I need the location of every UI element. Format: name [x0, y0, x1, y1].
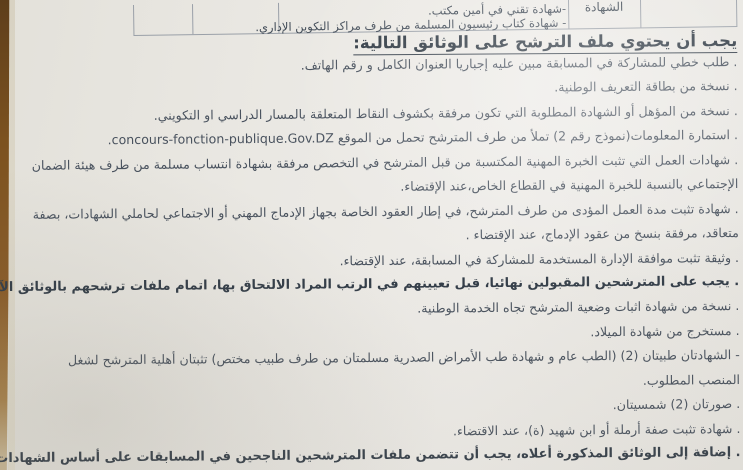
document-sheet: -شهادة تقني في أمين مكتب. - شهادة كتاب ر…	[0, 0, 743, 470]
document-subheading: . إضافة إلى الوثائق المذكورة أعلاه، يجب …	[18, 441, 741, 470]
table-border	[640, 0, 641, 27]
table-border	[192, 4, 193, 34]
certificate-column-label: الشهادة	[568, 0, 640, 15]
certificate-line: - شهادة كتاب رئيسيون المسلمة من طرف مراك…	[278, 16, 566, 34]
certificate-requirements-cell: -شهادة تقني في أمين مكتب. - شهادة كتاب ر…	[278, 1, 571, 33]
document-body: . طلب خطي للمشاركة في المسابقة مبين عليه…	[14, 50, 740, 470]
table-border	[133, 5, 134, 35]
scanned-document-photo: { "colors": { "paper": "#eae8e3", "ink":…	[0, 0, 743, 470]
table-border	[736, 0, 737, 26]
